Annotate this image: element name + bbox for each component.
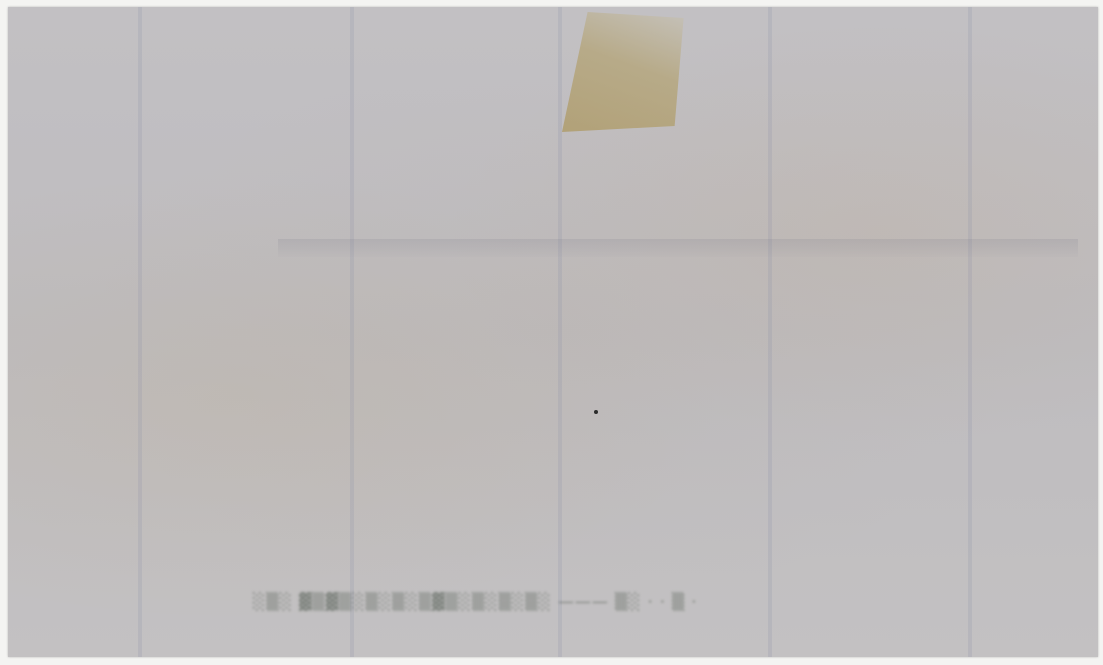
horizontal-show-through <box>278 239 1078 257</box>
grid-line <box>968 7 972 657</box>
dirt-speck <box>594 410 598 414</box>
grid-line <box>138 7 142 657</box>
bleed-through-text: ░▒░ ▓▒▓▒░▒░▒░▒▓▒░▒░▒░▒░ ——— ▒░ · · ▒ · <box>253 592 1053 622</box>
grid-line <box>768 7 772 657</box>
grid-line <box>350 7 354 657</box>
grid-line <box>558 7 562 657</box>
paper-sheet: ░▒░ ▓▒▓▒░▒░▒░▒▓▒░▒░▒░▒░ ——— ▒░ · · ▒ · <box>8 7 1098 657</box>
